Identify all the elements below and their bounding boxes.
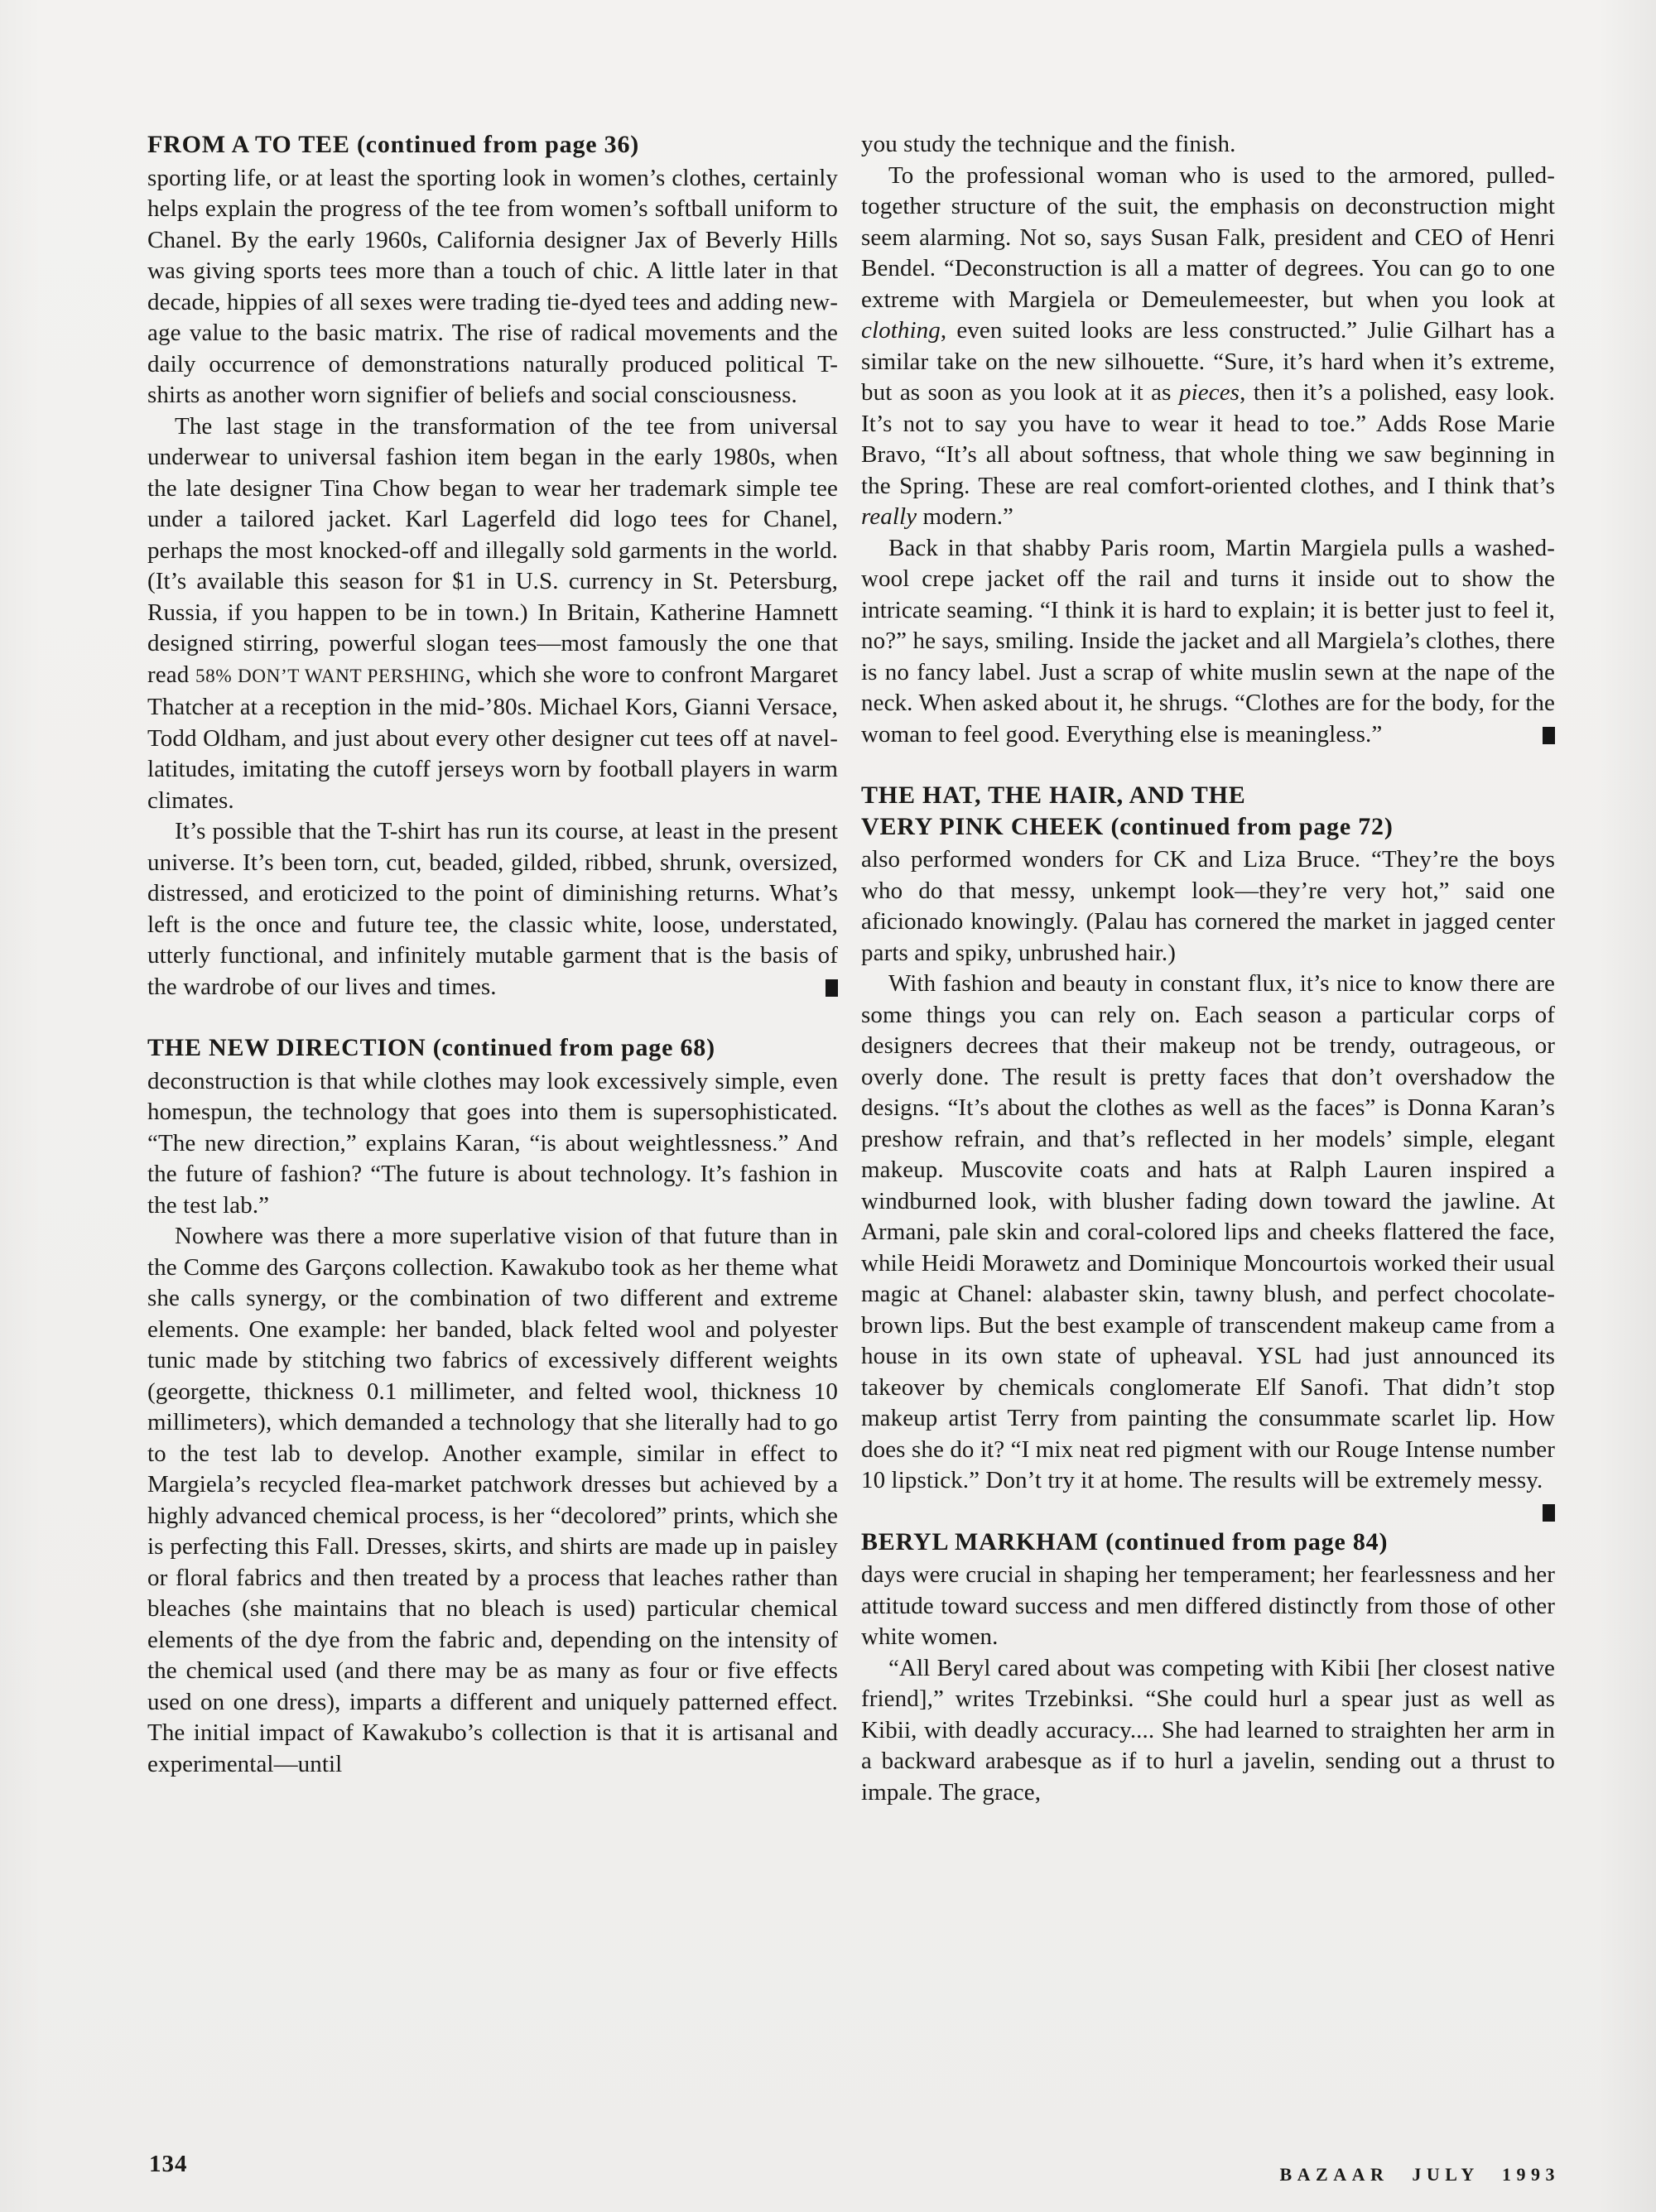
text-segment-italic: clothing	[861, 317, 941, 344]
text-segment: deconstruction is that while clothes may…	[147, 1068, 838, 1219]
text-segment: also performed wonders for CK and Liza B…	[861, 846, 1555, 966]
article-end-mark	[826, 979, 838, 997]
paragraph: you study the technique and the finish.	[861, 129, 1555, 161]
text-segment: Nowhere was there a more superlative vis…	[147, 1223, 838, 1777]
text-segment: It’s possible that the T-shirt has run i…	[147, 818, 838, 1000]
paragraph: Back in that shabby Paris room, Martin M…	[861, 533, 1555, 751]
paragraph: sporting life, or at least the sporting …	[147, 163, 838, 411]
article-heading-line: FROM A TO TEE (continued from page 36)	[147, 129, 838, 161]
text-segment: To the professional woman who is used to…	[861, 162, 1555, 313]
article-heading-line: THE HAT, THE HAIR, AND THE	[861, 780, 1555, 811]
paragraph: The last stage in the transformation of …	[147, 411, 838, 817]
article-end-mark	[1543, 1504, 1555, 1522]
text-segment: Back in that shabby Paris room, Martin M…	[861, 535, 1555, 748]
magazine-footer-brand: BAZAAR JULY 1993	[861, 2164, 1560, 2186]
article-heading-line: VERY PINK CHEEK (continued from page 72)	[861, 811, 1555, 843]
article-heading: THE HAT, THE HAIR, AND THEVERY PINK CHEE…	[861, 780, 1555, 842]
text-segment: you study the technique and the finish.	[861, 131, 1236, 157]
text-segment-italic: really	[861, 503, 917, 530]
article-heading-line: BERYL MARKHAM (continued from page 84)	[861, 1527, 1555, 1558]
paragraph: deconstruction is that while clothes may…	[147, 1066, 838, 1222]
text-segment: “All Beryl cared about was competing wit…	[861, 1655, 1555, 1806]
text-segment: With fashion and beauty in constant flux…	[861, 970, 1555, 1493]
page-number: 134	[149, 2151, 188, 2178]
paragraph: days were crucial in shaping her tempera…	[861, 1560, 1555, 1653]
paragraph: “All Beryl cared about was competing wit…	[861, 1653, 1555, 1809]
text-segment: The last stage in the transformation of …	[147, 413, 838, 688]
article-heading: BERYL MARKHAM (continued from page 84)	[861, 1527, 1555, 1558]
article-column-right: you study the technique and the finish.T…	[861, 129, 1555, 1808]
article-heading: FROM A TO TEE (continued from page 36)	[147, 129, 838, 161]
text-segment: days were crucial in shaping her tempera…	[861, 1561, 1555, 1650]
text-segment-italic: pieces	[1179, 379, 1240, 406]
article-end-mark	[1543, 727, 1555, 744]
article-column-left: FROM A TO TEE (continued from page 36)sp…	[147, 129, 838, 1780]
magazine-page: FROM A TO TEE (continued from page 36)sp…	[0, 0, 1656, 2212]
paragraph: With fashion and beauty in constant flux…	[861, 969, 1555, 1497]
paragraph: It’s possible that the T-shirt has run i…	[147, 816, 838, 1003]
text-segment: sporting life, or at least the sporting …	[147, 165, 838, 409]
article-heading-line: THE NEW DIRECTION (continued from page 6…	[147, 1032, 838, 1064]
text-segment: modern.”	[917, 503, 1013, 530]
paragraph: Nowhere was there a more superlative vis…	[147, 1221, 838, 1780]
paragraph: To the professional woman who is used to…	[861, 161, 1555, 533]
text-segment-smallcaps: 58% DON’T WANT PERSHING	[195, 666, 465, 687]
article-heading: THE NEW DIRECTION (continued from page 6…	[147, 1032, 838, 1064]
paragraph: also performed wonders for CK and Liza B…	[861, 844, 1555, 969]
